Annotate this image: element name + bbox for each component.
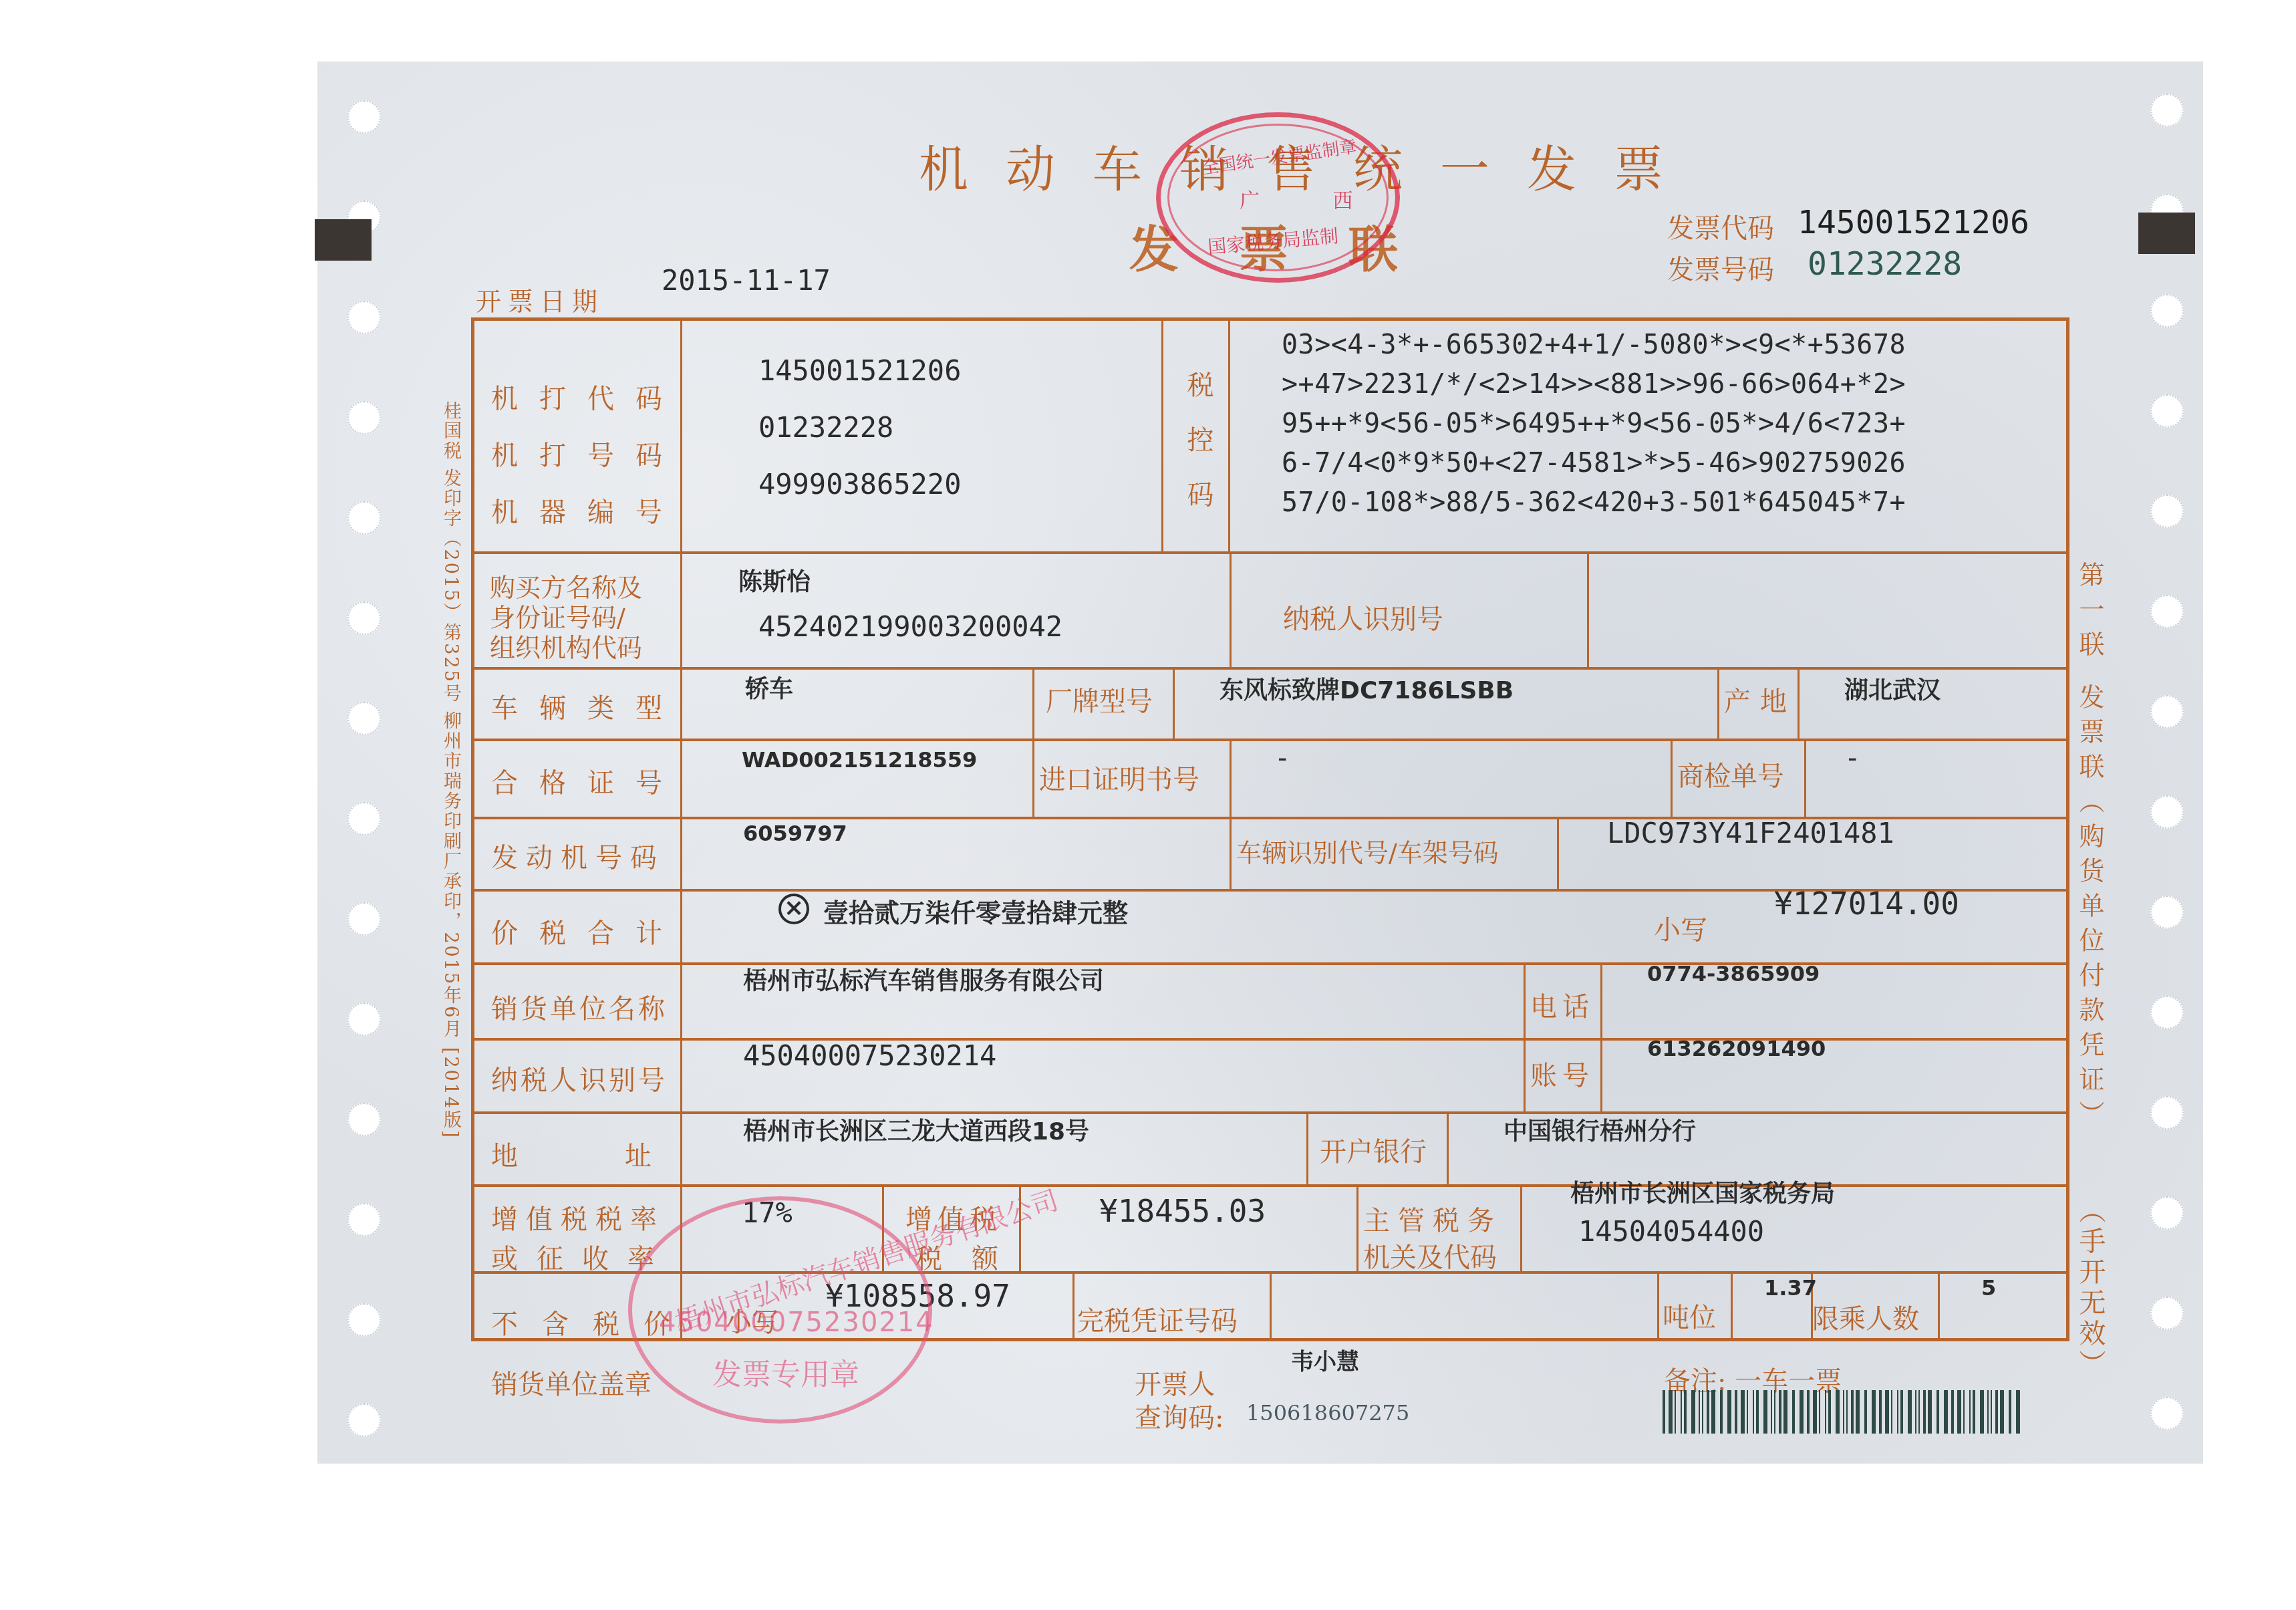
machine-serial: 499903865220 xyxy=(758,468,961,501)
seller-bank: 中国银行梧州分行 xyxy=(1503,1113,1696,1147)
brand-model: 东风标致牌DC7186LSBB xyxy=(1219,672,1514,706)
origin: 湖北武汉 xyxy=(1844,672,1941,706)
machine-serial-label: 机器编号 xyxy=(491,491,684,529)
vat-amount: ¥18455.03 xyxy=(1099,1193,1266,1229)
tax-rate-label: 增值税税率 xyxy=(491,1198,665,1236)
tax-control-line: 95++*9<56-05*>6495++*9<56-05*>4/6<723+ xyxy=(1282,408,1906,439)
hole xyxy=(347,1403,381,1437)
tax-control-line: >+47>2231/*/<2>14>><881>>96-66>064+*2> xyxy=(1282,369,1906,400)
certificate-label: 合格证号 xyxy=(491,762,684,800)
machine-number-label: 机打号码 xyxy=(491,434,684,473)
seal-bottom-text: 发票专用章 xyxy=(712,1351,859,1393)
vehicle-type-label: 车辆类型 xyxy=(491,687,684,725)
invoice-code: 145001521206 xyxy=(1798,204,2029,241)
hole xyxy=(2150,896,2184,929)
tonnage: 1.37 xyxy=(1764,1275,1817,1301)
buyer-id-number: 452402199003200042 xyxy=(758,610,1062,643)
authority-name: 梧州市长洲区国家税务局 xyxy=(1570,1175,1835,1209)
total-amount-words: 壹拾贰万柒仟零壹拾肆元整 xyxy=(823,892,1128,929)
seller-address: 梧州市长洲区三龙大道西段18号 xyxy=(743,1113,1089,1147)
copy-note: 第一联 发票联（购货单位付款凭证） xyxy=(2071,561,2108,1135)
hole xyxy=(347,1103,381,1136)
tax-control-line: 57/0-108*>88/5-362<420+3-501*645045*7+ xyxy=(1282,487,1906,518)
hole xyxy=(347,301,381,334)
issue-date-label: 开票日期 xyxy=(476,281,604,317)
hole xyxy=(347,902,381,936)
invoice-code-label: 发票代码 xyxy=(1667,207,1774,245)
issue-date: 2015-11-17 xyxy=(662,264,831,297)
hole xyxy=(2150,94,2184,127)
hole xyxy=(2150,394,2184,428)
seller-name-label: 销货单位名称 xyxy=(491,988,668,1026)
passengers: 5 xyxy=(1981,1275,1996,1301)
hole xyxy=(2150,695,2184,728)
authority-code: 14504054400 xyxy=(1578,1215,1764,1248)
issuer-name: 韦小慧 xyxy=(1291,1343,1359,1376)
authority-label: 机关及代码 xyxy=(1363,1236,1497,1274)
tonnage-label: 吨位 xyxy=(1663,1297,1716,1335)
hole xyxy=(347,501,381,535)
import-cert-label: 进口证明书号 xyxy=(1039,759,1199,797)
inspection-number: - xyxy=(1848,743,1857,774)
tax-control-line: 03><4-3*+-665302+4+1/-5080*><9<*+53678 xyxy=(1282,329,1906,360)
total-label: 价税合计 xyxy=(491,912,684,950)
vin: LDC973Y41F2401481 xyxy=(1607,817,1894,849)
void-note: （手开无效） xyxy=(2071,1196,2110,1381)
hole xyxy=(347,802,381,835)
alignment-mark-left xyxy=(315,219,372,261)
seller-account: 613262091490 xyxy=(1647,1036,1826,1061)
machine-code: 145001521206 xyxy=(758,354,961,387)
hole xyxy=(347,1203,381,1236)
inspection-label: 商检单号 xyxy=(1677,755,1784,793)
import-cert-number: - xyxy=(1278,743,1287,774)
hole xyxy=(2150,495,2184,528)
machine-number: 01232228 xyxy=(758,411,893,444)
buyer-name: 陈斯怡 xyxy=(738,563,811,597)
hole xyxy=(347,100,381,134)
hole xyxy=(347,1303,381,1337)
hole xyxy=(2150,1096,2184,1129)
issuer-label: 开票人 xyxy=(1135,1363,1215,1401)
bank-label: 开户银行 xyxy=(1320,1131,1427,1169)
vin-label: 车辆识别代号/车架号码 xyxy=(1236,832,1499,869)
hole xyxy=(2150,996,2184,1029)
seller-stamp-label: 销货单位盖章 xyxy=(491,1363,652,1401)
origin-label: 产地 xyxy=(1724,680,1796,718)
hole xyxy=(2150,1196,2184,1230)
print-note: 桂国税 发印字（2015）第325号 柳州市瑞务印刷厂承印，2015年6月 [2… xyxy=(438,401,464,1139)
seller-taxpayer-id-label: 纳税人识别号 xyxy=(491,1059,668,1097)
invoice-number: 01232228 xyxy=(1808,245,1962,283)
hole xyxy=(2150,1297,2184,1330)
tax-control-line: 6-7/4<0*9*50+<27-4581>*>5-46>902759026 xyxy=(1282,448,1906,479)
machine-code-label: 机打代码 xyxy=(491,378,684,416)
seller-taxpayer-id: 450400075230214 xyxy=(743,1039,996,1072)
hole xyxy=(347,1002,381,1036)
barcode xyxy=(1663,1390,2023,1434)
buyer-taxpayer-id-label: 纳税人识别号 xyxy=(1283,598,1443,636)
vehicle-type: 轿车 xyxy=(745,670,793,704)
hole xyxy=(2150,1397,2184,1430)
circled-x-icon: × xyxy=(778,894,809,924)
passengers-label: 限乘人数 xyxy=(1812,1298,1919,1336)
buyer-label: 组织机构代码 xyxy=(490,627,642,664)
address-label: 地址 xyxy=(491,1135,758,1173)
invoice-number-label: 发票号码 xyxy=(1667,249,1774,287)
tax-bureau-seal: 全国统一发票监制章 广 西 国家税务局监制 xyxy=(1156,112,1400,283)
account-label: 账号 xyxy=(1530,1055,1594,1093)
engine-number: 6059797 xyxy=(743,821,847,846)
seller-name: 梧州市弘标汽车销售服务有限公司 xyxy=(743,962,1104,996)
total-amount: ¥127014.00 xyxy=(1774,886,1959,922)
query-code-label: 查询码: xyxy=(1135,1397,1224,1435)
hole xyxy=(347,601,381,635)
certificate-number: WAD002151218559 xyxy=(742,747,977,773)
tax-paid-cert-label: 完税凭证号码 xyxy=(1077,1300,1238,1338)
authority-label: 主管税务 xyxy=(1363,1200,1502,1238)
seller-invoice-seal: 梧州市弘标汽车销售服务有限公司 450400075230214 发票专用章 xyxy=(628,1196,932,1424)
phone-label: 电话 xyxy=(1530,986,1594,1024)
hole xyxy=(2150,595,2184,628)
brand-model-label: 厂牌型号 xyxy=(1046,680,1153,718)
total-small-label: 小写 xyxy=(1654,909,1707,947)
seller-phone: 0774-3865909 xyxy=(1647,961,1820,986)
engine-label: 发动机号码 xyxy=(491,837,665,875)
query-code: 150618607275 xyxy=(1246,1400,1409,1426)
hole xyxy=(2150,795,2184,829)
hole xyxy=(2150,294,2184,327)
hole xyxy=(347,401,381,434)
hole xyxy=(347,702,381,735)
alignment-mark-right xyxy=(2138,213,2195,254)
seal-tax-id: 450400075230214 xyxy=(659,1307,934,1338)
tax-control-label: 税控码 xyxy=(1179,371,1217,535)
